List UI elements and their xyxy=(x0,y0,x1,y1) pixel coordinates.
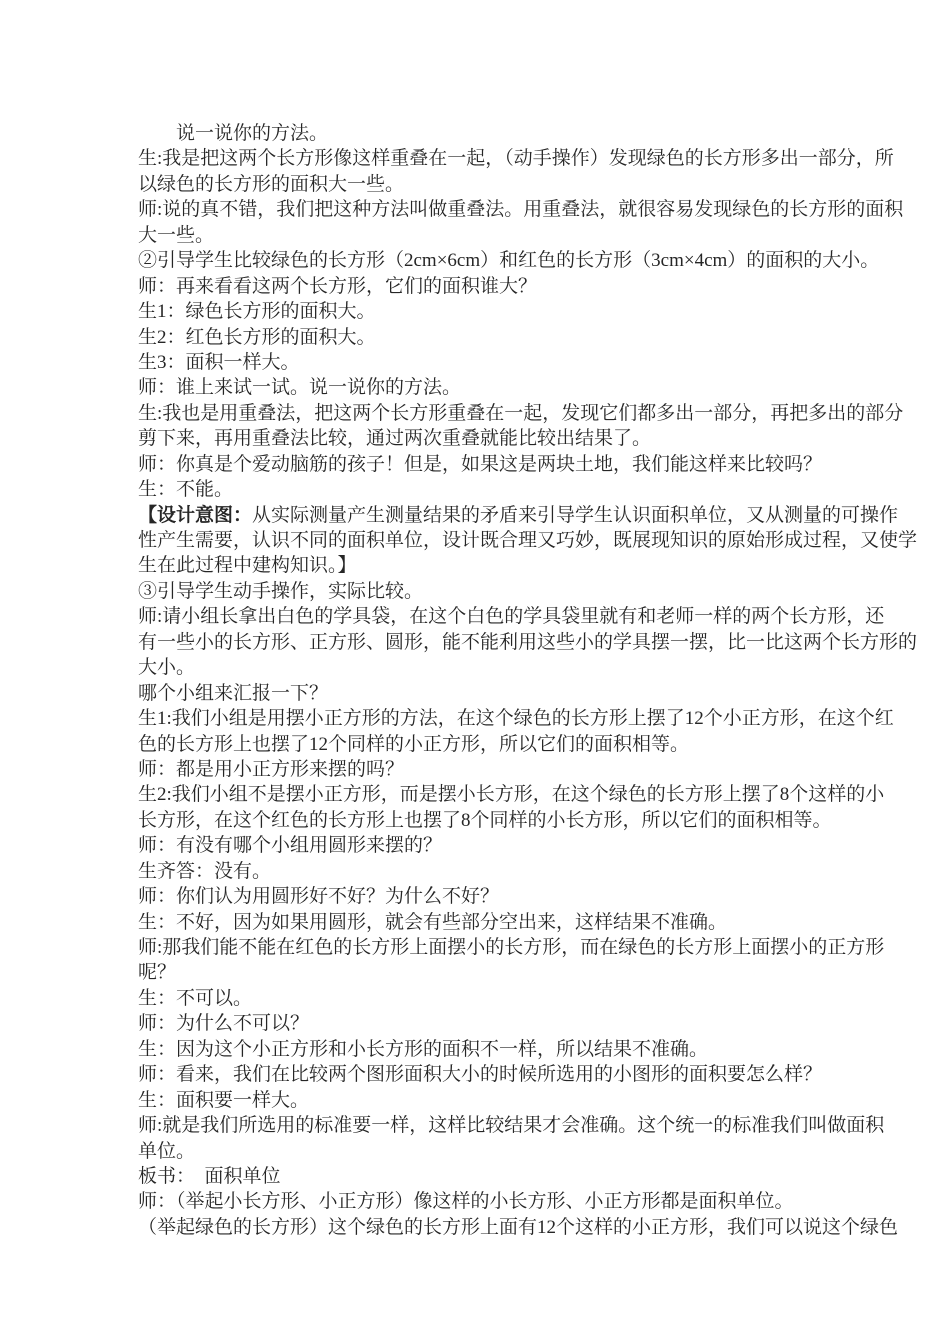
doc-line: 长方形，在这个红色的长方形上也摆了8个同样的小长方形，所以它们的面积相等。 xyxy=(138,808,828,833)
document-text-block: 说一说你的方法。 生:我是把这两个长方形像这样重叠在一起，（动手操作）发现绿色的… xyxy=(138,121,828,1240)
doc-line-design-intent: 【设计意图：从实际测量产生测量结果的矛盾来引导学生认识面积单位，又从测量的可操作 xyxy=(138,503,828,528)
doc-line: 师:那我们能不能在红色的长方形上面摆小的长方形，而在绿色的长方形上面摆小的正方形 xyxy=(138,935,828,960)
doc-line: 师：谁上来试一试。说一说你的方法。 xyxy=(138,375,828,400)
doc-line-board-writing: 板书： 面积单位 xyxy=(138,1164,828,1189)
doc-line: 师：为什么不可以？ xyxy=(138,1011,828,1036)
doc-line: 性产生需要，认识不同的面积单位，设计既合理又巧妙，既展现知识的原始形成过程，又使… xyxy=(138,528,828,553)
doc-line: （举起绿色的长方形）这个绿色的长方形上面有12个这样的小正方形，我们可以说这个绿… xyxy=(138,1215,828,1240)
doc-line: 生：不好，因为如果用圆形，就会有些部分空出来，这样结果不准确。 xyxy=(138,910,828,935)
doc-line: 说一说你的方法。 xyxy=(138,121,828,146)
doc-line: 师:就是我们所选用的标准要一样，这样比较结果才会准确。这个统一的标准我们叫做面积 xyxy=(138,1113,828,1138)
doc-line: 单位。 xyxy=(138,1139,828,1164)
doc-line: 生在此过程中建构知识。】 xyxy=(138,553,828,578)
doc-line: ③引导学生动手操作，实际比较。 xyxy=(138,579,828,604)
doc-line: 哪个小组来汇报一下？ xyxy=(138,681,828,706)
doc-line: 师：你真是个爱动脑筋的孩子！但是，如果这是两块土地，我们能这样来比较吗？ xyxy=(138,452,828,477)
doc-line: 师:说的真不错，我们把这种方法叫做重叠法。用重叠法，就很容易发现绿色的长方形的面… xyxy=(138,197,828,222)
doc-line: 色的长方形上也摆了12个同样的小正方形，所以它们的面积相等。 xyxy=(138,732,828,757)
doc-line: 生1：绿色长方形的面积大。 xyxy=(138,299,828,324)
doc-line: ②引导学生比较绿色的长方形（2cm×6cm）和红色的长方形（3cm×4cm）的面… xyxy=(138,248,828,273)
doc-line: 生：不能。 xyxy=(138,477,828,502)
doc-line: 生2：红色长方形的面积大。 xyxy=(138,325,828,350)
doc-line: 生：不可以。 xyxy=(138,986,828,1011)
doc-line: 生:我也是用重叠法，把这两个长方形重叠在一起，发现它们都多出一部分，再把多出的部… xyxy=(138,401,828,426)
doc-line: 生3：面积一样大。 xyxy=(138,350,828,375)
doc-line: 生：因为这个小正方形和小长方形的面积不一样，所以结果不准确。 xyxy=(138,1037,828,1062)
design-intent-label: 【设计意图： xyxy=(138,505,252,526)
doc-line: 师:请小组长拿出白色的学具袋，在这个白色的学具袋里就有和老师一样的两个长方形，还 xyxy=(138,604,828,629)
doc-line: 师：再来看看这两个长方形，它们的面积谁大？ xyxy=(138,274,828,299)
doc-line: 生:我是把这两个长方形像这样重叠在一起，（动手操作）发现绿色的长方形多出一部分，… xyxy=(138,146,828,171)
doc-line: 以绿色的长方形的面积大一些。 xyxy=(138,172,828,197)
doc-line: 生2:我们小组不是摆小正方形，而是摆小长方形，在这个绿色的长方形上摆了8个这样的… xyxy=(138,782,828,807)
doc-line: 生：面积要一样大。 xyxy=(138,1088,828,1113)
doc-line: 师：有没有哪个小组用圆形来摆的？ xyxy=(138,833,828,858)
doc-line: 师：你们认为用圆形好不好？为什么不好？ xyxy=(138,884,828,909)
doc-line: 生齐答：没有。 xyxy=(138,859,828,884)
doc-line: 呢？ xyxy=(138,960,828,985)
doc-line: 大小。 xyxy=(138,655,828,680)
doc-line: 大一些。 xyxy=(138,223,828,248)
doc-line: 有一些小的长方形、正方形、圆形，能不能利用这些小的学具摆一摆，比一比这两个长方形… xyxy=(138,630,828,655)
doc-line: 师：（举起小长方形、小正方形）像这样的小长方形、小正方形都是面积单位。 xyxy=(138,1189,828,1214)
doc-line: 生1:我们小组是用摆小正方形的方法，在这个绿色的长方形上摆了12个小正方形，在这… xyxy=(138,706,828,731)
document-page: 说一说你的方法。 生:我是把这两个长方形像这样重叠在一起，（动手操作）发现绿色的… xyxy=(0,0,950,1344)
doc-line: 剪下来，再用重叠法比较，通过两次重叠就能比较出结果了。 xyxy=(138,426,828,451)
doc-line: 师：都是用小正方形来摆的吗？ xyxy=(138,757,828,782)
design-intent-text: 从实际测量产生测量结果的矛盾来引导学生认识面积单位，又从测量的可操作 xyxy=(252,505,898,526)
doc-line: 师：看来，我们在比较两个图形面积大小的时候所选用的小图形的面积要怎么样？ xyxy=(138,1062,828,1087)
